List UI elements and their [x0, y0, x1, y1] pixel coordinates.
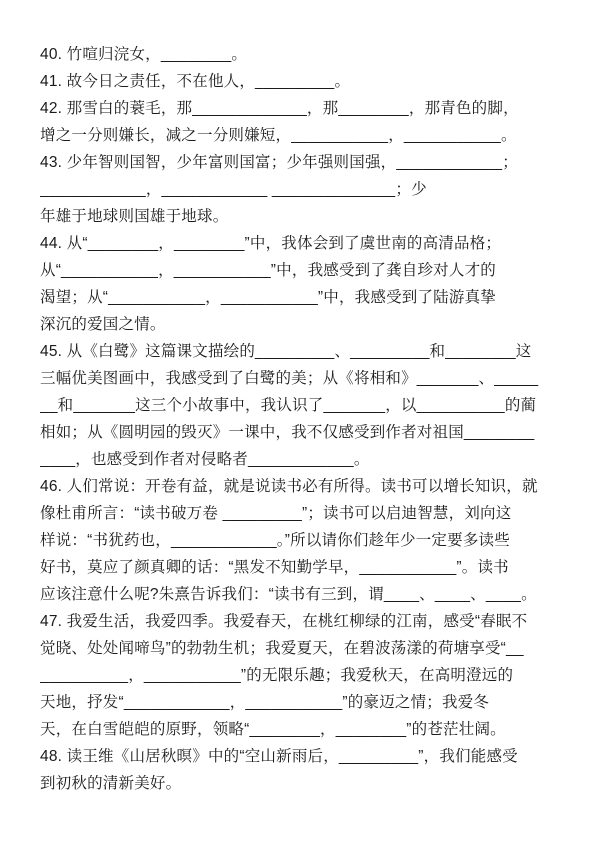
worksheet-page: 40. 竹喧归浣女，________。 41. 故今日之责任，不在他人，____…: [0, 0, 596, 842]
question-42-text-line-1: 42. 那雪白的蓑毛，那_____________，那________，那青色的…: [40, 95, 560, 122]
question-48: 48. 读王维《山居秋暝》中的“空山新雨后，_________”，我们能感受 到…: [40, 743, 560, 797]
question-46-text-line-4: 好书，莫应了颜真卿的话：“黑发不知勤学早，___________”。读书: [40, 554, 560, 581]
question-43-text-line-1: 43. 少年智则国智，少年富则国富；少年强则国强，____________；: [40, 149, 560, 176]
question-40: 40. 竹喧归浣女，________。: [40, 41, 560, 68]
question-43-text-line-3: 年雄于地球则国雄于地球。: [40, 203, 560, 230]
question-44-text-line-3: 渴望；从“___________，___________”中，我感受到了陆游真挚: [40, 284, 560, 311]
question-48-text-line-2: 到初秋的清新美好。: [40, 770, 560, 797]
question-44-text-line-1: 44. 从“________，________”中，我体会到了虞世南的高清品格；: [40, 230, 560, 257]
question-41-text: 41. 故今日之责任，不在他人，_________。: [40, 68, 560, 95]
question-46-text-line-1: 46. 人们常说：开卷有益，就是说读书必有所得。读书可以增长知识，就: [40, 473, 560, 500]
question-45: 45. 从《白鹭》这篇课文描绘的_________、_________和____…: [40, 338, 560, 473]
question-47-text-line-4: 天地，抒发“____________，___________”的豪迈之情；我爱冬: [40, 689, 560, 716]
question-45-text-line-3: __和_______这三个小故事中，我认识了_______，以_________…: [40, 392, 560, 419]
question-43-text-line-2: ____________，____________ ______________…: [40, 176, 560, 203]
question-47-text-line-5: 天，在白雪皑皑的原野，领略“________，________”的苍茫壮阔。: [40, 716, 560, 743]
question-46-text-line-2: 像杜甫所言：“读书破万卷 _________”；读书可以启迪智慧，刘向这: [40, 500, 560, 527]
question-44-text-line-4: 深沉的爱国之情。: [40, 311, 560, 338]
question-46: 46. 人们常说：开卷有益，就是说读书必有所得。读书可以增长知识，就 像杜甫所言…: [40, 473, 560, 608]
question-41: 41. 故今日之责任，不在他人，_________。: [40, 68, 560, 95]
question-45-text-line-1: 45. 从《白鹭》这篇课文描绘的_________、_________和____…: [40, 338, 560, 365]
question-45-text-line-5: ____，也感受到作者对侵略者____________。: [40, 446, 560, 473]
question-46-text-line-3: 样说：“书犹药也，____________。”所以请你们趁年少一定要多读些: [40, 527, 560, 554]
question-44-text-line-2: 从“___________，___________”中，我感受到了龚自珍对人才的: [40, 257, 560, 284]
question-43: 43. 少年智则国智，少年富则国富；少年强则国强，____________； _…: [40, 149, 560, 230]
question-45-text-line-2: 三幅优美图画中，我感受到了白鹭的美；从《将相和》_______、_____: [40, 365, 560, 392]
question-47-text-line-2: 觉晓、处处闻啼鸟”的勃勃生机；我爱夏天，在碧波荡漾的荷塘享受“__: [40, 635, 560, 662]
question-44: 44. 从“________，________”中，我体会到了虞世南的高清品格；…: [40, 230, 560, 338]
question-40-text: 40. 竹喧归浣女，________。: [40, 41, 560, 68]
question-46-text-line-5: 应该注意什么呢?朱熹告诉我们：“读书有三到，谓____、____、____。: [40, 581, 560, 608]
question-42-text-line-2: 增之一分则嫌长，减之一分则嫌短，___________，___________。: [40, 122, 560, 149]
question-45-text-line-4: 相如；从《圆明园的毁灭》一课中，我不仅感受到作者对祖国________: [40, 419, 560, 446]
question-42: 42. 那雪白的蓑毛，那_____________，那________，那青色的…: [40, 95, 560, 149]
question-47-text-line-3: __________，___________”的无限乐趣；我爱秋天，在高明澄远的: [40, 662, 560, 689]
question-48-text-line-1: 48. 读王维《山居秋暝》中的“空山新雨后，_________”，我们能感受: [40, 743, 560, 770]
question-47-text-line-1: 47. 我爱生活，我爱四季。我爱春天，在桃红柳绿的江南，感受“春眠不: [40, 608, 560, 635]
question-47: 47. 我爱生活，我爱四季。我爱春天，在桃红柳绿的江南，感受“春眠不 觉晓、处处…: [40, 608, 560, 743]
